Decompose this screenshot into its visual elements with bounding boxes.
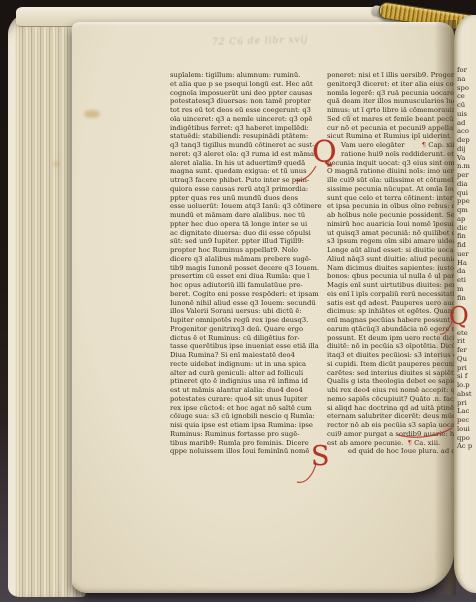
text-line: oīa uinceret: q3 a nemīe uinceret: q3 op… <box>170 115 324 124</box>
text-line: ppter quas res unū mundū duos deos <box>170 194 324 203</box>
text-line: tibus marib9: Rumīa pro feminis. Dicere <box>170 439 324 448</box>
text-line: n.m <box>457 162 476 171</box>
text-line: pri <box>457 399 476 408</box>
text-line: utraq3 facere phibet. Puto inter se ppin… <box>170 176 324 185</box>
text-line: dic <box>457 224 476 233</box>
text-line: Qu <box>457 355 476 364</box>
text-line: indigētibus ferret: q3 haberet impellēdi… <box>170 124 324 133</box>
text-line: presertim cū esset eni diua Rumīa: que ī <box>170 272 324 281</box>
text-line: tot res eū tot deos eū esse coegerunt: q… <box>170 106 324 115</box>
text-line: fid <box>457 241 476 250</box>
text-line: qpo <box>457 434 476 443</box>
text-line: cognoīa imposuerūt uni deo ppter causas <box>170 89 324 98</box>
text-line: dia <box>457 180 476 189</box>
text-column-next-page: fornaspocecūuisadacodepdijVan.mperdiaqui… <box>457 66 476 451</box>
rubric-initial-s: S <box>311 443 330 470</box>
text-line: qm <box>457 206 476 215</box>
text-line: dij <box>457 145 476 154</box>
text-segment: est ab amore pecunie. <box>327 439 408 447</box>
text-line: aleret aīalia. In his ut aduertim9 quedā <box>170 159 324 168</box>
text-line: ppter hec duo opera tā longe inter se ui <box>170 220 324 229</box>
text-line: Ac p <box>457 442 476 451</box>
text-line: loui <box>457 425 476 434</box>
text-line: abst <box>457 390 476 399</box>
text-line: dictus ē et Ruminus: cū diligētius for- <box>170 334 324 343</box>
text-line: Progenitor genitrixq3 deū. Quare ergo <box>170 325 324 334</box>
rubric-initial-q: Q <box>312 138 337 168</box>
text-line: qui <box>457 189 476 198</box>
text-line: sūt: sed un9 Iupiter. ppter illud Tigill… <box>170 237 324 246</box>
text-line: mundū et māmam dare aīalibus. nec tū <box>170 211 324 220</box>
book-photo: 72 Cū de libr xvij supīalem: tigillum: a… <box>0 0 476 602</box>
text-line: tib9 magis Iunonē posset decere q3 Iouem… <box>170 264 324 273</box>
text-line: na <box>457 75 476 84</box>
text-line: spo <box>457 84 476 93</box>
text-line: ac dignitate diuersa: duo dii esse cōpul… <box>170 229 324 238</box>
text-line: statuēdi: stabiliendi: resupinādi ptātem… <box>170 132 324 141</box>
text-line: alter ad curā geniculi: alter ad follicu… <box>170 369 324 378</box>
text-line: uer <box>457 250 476 259</box>
text-line: fin <box>457 232 476 241</box>
text-line: rit <box>457 337 476 346</box>
text-line: Iupiter omnipotēs regū rex ipse deusq3. <box>170 316 324 325</box>
text-line: ad <box>457 119 476 128</box>
text-line: pec <box>457 416 476 425</box>
text-line: qppe noluissem illos Ioui feminīnū nomē <box>170 447 324 456</box>
text-line: magna sunt. quedam exigua: et tū unus <box>170 167 324 176</box>
text-line: q3 tanq3 tigillus mundū cōtineret ac sus… <box>170 141 324 150</box>
text-line: tasse querētibus ipse inueniat esse etiā… <box>170 342 324 351</box>
text-line: m <box>457 285 476 294</box>
text-line: Ruminus: Ruminus fortasse pro sugē- <box>170 430 324 439</box>
text-line: Va <box>457 154 476 163</box>
text-line: supīalem: tigillum: alumnum: ruminū. <box>170 71 324 80</box>
text-line: for <box>457 66 476 75</box>
text-line: dicere q3 aīalibus māmam prebere sugē- <box>170 255 324 264</box>
paper-stain <box>84 110 100 118</box>
paper-stain <box>53 161 60 167</box>
text-column-left: supīalem: tigillum: alumnum: ruminū.et a… <box>170 71 324 456</box>
text-segment: Vam uero elegāter <box>341 141 422 149</box>
text-line: fin <box>457 294 476 303</box>
text-line: quiora esse causas rerū atq3 primordia: <box>170 185 324 194</box>
text-line: propter hoc Ruminus appellat9. Nolo <box>170 246 324 255</box>
text-line: per <box>457 171 476 180</box>
text-line: potestates curare: quo4 sit unus Iupiter <box>170 395 324 404</box>
text-line: fer <box>457 346 476 355</box>
text-line: aco <box>457 127 476 136</box>
text-line: ppe <box>457 197 476 206</box>
text-line: nisi quia ipse est etiam ipsa Rumina: ip… <box>170 421 324 430</box>
text-line: ce <box>457 92 476 101</box>
text-line: ptineret qto ē indignius una rē infima i… <box>170 377 324 386</box>
text-line: eti <box>457 276 476 285</box>
text-line: dep <box>457 136 476 145</box>
text-line: Iunonē nihil aliud esse q3 Iouem: secund… <box>170 299 324 308</box>
text-line: hoc opus adiutoriū illi famulatūue pre- <box>170 281 324 290</box>
text-line: Ha <box>457 259 476 268</box>
text-line: et alia que p se psequi longū est. Hec a… <box>170 80 324 89</box>
rubric-initial-q: Q <box>449 304 469 328</box>
text-line: rex ipse cūcto4: et hoc agat nō saltē cu… <box>170 404 324 413</box>
text-line: si f <box>457 372 476 381</box>
text-line: recte uidebat indignum: ut in una spica <box>170 360 324 369</box>
text-line: da <box>457 267 476 276</box>
text-line: cōiuge sua: s3 cū ignobili nescio q Rumī… <box>170 412 324 421</box>
text-line: uis <box>457 110 476 119</box>
text-line: beret. Cogito eni posse respōderi: et ip… <box>170 290 324 299</box>
text-line: neret: q3 aleret oīa: q3 ruma id est mām… <box>170 150 324 159</box>
text-line: Diua Rumina? Si enī maiestatē deo4 <box>170 351 324 360</box>
text-line: esse uoluerūt: Iouem atq3 Ianū: q3 cōtin… <box>170 202 324 211</box>
text-line: pri <box>457 364 476 373</box>
text-line: lo.p <box>457 381 476 390</box>
text-line: illos Valerii Sorani uersus: ubi dictū ē… <box>170 307 324 316</box>
text-line: est ut māmis alantur aīalia: duo4 deo4 <box>170 386 324 395</box>
text-line: Lac <box>457 407 476 416</box>
text-line: ap <box>457 215 476 224</box>
text-line: cū <box>457 101 476 110</box>
text-line: potestatesq3 diuersas: non tamē propter <box>170 97 324 106</box>
